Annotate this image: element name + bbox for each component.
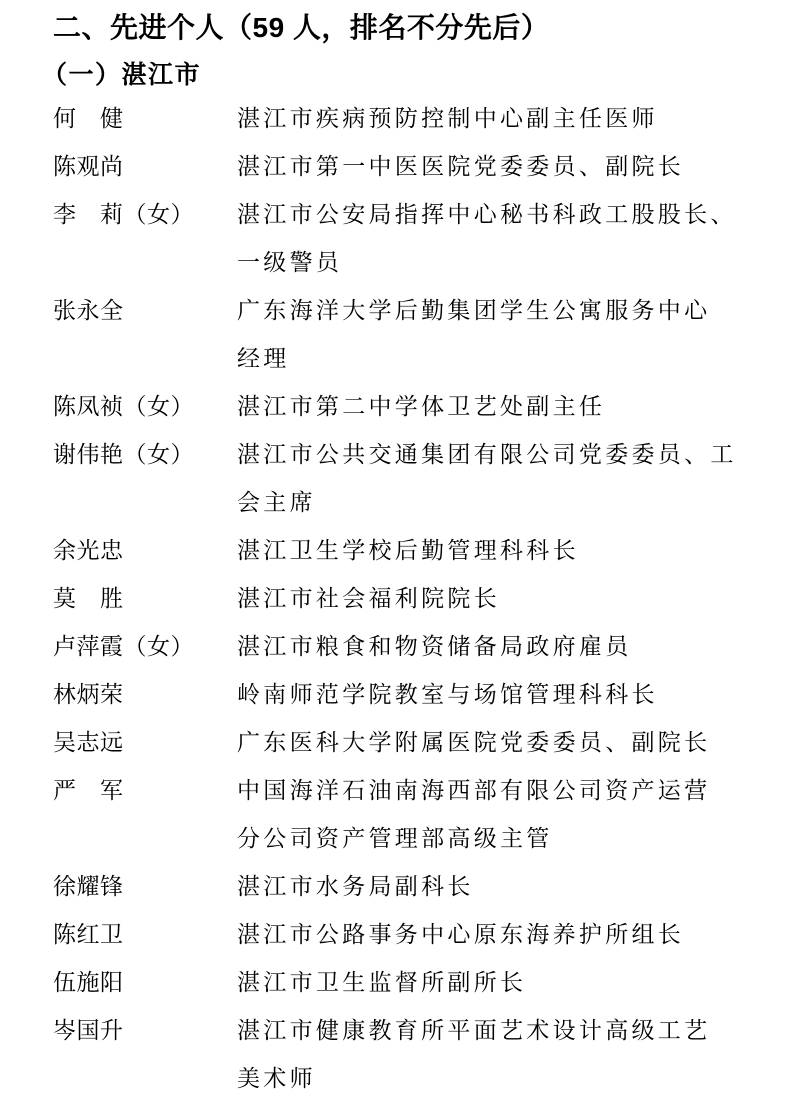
person-position: 湛江市第一中医医院党委委员、副院长 xyxy=(237,143,737,191)
list-item: 陈红卫 湛江市公路事务中心原东海养护所组长 xyxy=(53,911,737,959)
person-position: 湛江市公路事务中心原东海养护所组长 xyxy=(237,911,737,959)
person-name: 余光忠 xyxy=(53,527,237,575)
person-name: 伍施阳 xyxy=(53,959,237,1007)
personnel-list: 何 健 湛江市疾病预防控制中心副主任医师 陈观尚 湛江市第一中医医院党委委员、副… xyxy=(53,95,737,1103)
person-position: 湛江市卫生监督所副所长 xyxy=(237,959,737,1007)
person-name: 林炳荣 xyxy=(53,671,237,719)
list-item: 何 健 湛江市疾病预防控制中心副主任医师 xyxy=(53,95,737,143)
person-name: 吴志远 xyxy=(53,719,237,767)
list-item: 陈观尚 湛江市第一中医医院党委委员、副院长 xyxy=(53,143,737,191)
person-position: 湛江卫生学校后勤管理科科长 xyxy=(237,527,737,575)
list-item: 徐耀锋 湛江市水务局副科长 xyxy=(53,863,737,911)
document-page: 二、先进个人（59 人，排名不分先后） （一）湛江市 何 健 湛江市疾病预防控制… xyxy=(0,0,787,1103)
list-item: 吴志远 广东医科大学附属医院党委委员、副院长 xyxy=(53,719,737,767)
list-item: 林炳荣 岭南师范学院教室与场馆管理科科长 xyxy=(53,671,737,719)
person-name: 李 莉（女） xyxy=(53,191,237,239)
person-name: 陈凤祯（女） xyxy=(53,383,237,431)
section-title: 二、先进个人（59 人，排名不分先后） xyxy=(53,9,737,47)
list-item: 谢伟艳（女） 湛江市公共交通集团有限公司党委委员、工 会主席 xyxy=(53,431,737,527)
list-item: 莫 胜 湛江市社会福利院院长 xyxy=(53,575,737,623)
person-position: 广东海洋大学后勤集团学生公寓服务中心 经理 xyxy=(237,287,737,383)
person-position: 岭南师范学院教室与场馆管理科科长 xyxy=(237,671,737,719)
list-item: 陈凤祯（女） 湛江市第二中学体卫艺处副主任 xyxy=(53,383,737,431)
list-item: 余光忠 湛江卫生学校后勤管理科科长 xyxy=(53,527,737,575)
person-position: 广东医科大学附属医院党委委员、副院长 xyxy=(237,719,737,767)
person-name: 谢伟艳（女） xyxy=(53,431,237,479)
person-position: 湛江市粮食和物资储备局政府雇员 xyxy=(237,623,737,671)
person-name: 何 健 xyxy=(53,95,237,143)
person-position: 湛江市第二中学体卫艺处副主任 xyxy=(237,383,737,431)
person-position: 湛江市公安局指挥中心秘书科政工股股长、 一级警员 xyxy=(237,191,737,287)
person-name: 岑国升 xyxy=(53,1007,237,1055)
person-position: 湛江市社会福利院院长 xyxy=(237,575,737,623)
person-position: 中国海洋石油南海西部有限公司资产运营 分公司资产管理部高级主管 xyxy=(237,767,737,863)
list-item: 伍施阳 湛江市卫生监督所副所长 xyxy=(53,959,737,1007)
list-item: 岑国升 湛江市健康教育所平面艺术设计高级工艺 美术师 xyxy=(53,1007,737,1103)
person-position: 湛江市健康教育所平面艺术设计高级工艺 美术师 xyxy=(237,1007,737,1103)
person-name: 莫 胜 xyxy=(53,575,237,623)
person-name: 陈观尚 xyxy=(53,143,237,191)
list-item: 卢萍霞（女） 湛江市粮食和物资储备局政府雇员 xyxy=(53,623,737,671)
list-item: 李 莉（女） 湛江市公安局指挥中心秘书科政工股股长、 一级警员 xyxy=(53,191,737,287)
person-name: 张永全 xyxy=(53,287,237,335)
person-position: 湛江市疾病预防控制中心副主任医师 xyxy=(237,95,737,143)
person-name: 卢萍霞（女） xyxy=(53,623,237,671)
person-position: 湛江市水务局副科长 xyxy=(237,863,737,911)
person-name: 徐耀锋 xyxy=(53,863,237,911)
list-item: 严 军 中国海洋石油南海西部有限公司资产运营 分公司资产管理部高级主管 xyxy=(53,767,737,863)
person-name: 严 军 xyxy=(53,767,237,815)
subsection-title: （一）湛江市 xyxy=(42,47,737,95)
person-position: 湛江市公共交通集团有限公司党委委员、工 会主席 xyxy=(237,431,737,527)
list-item: 张永全 广东海洋大学后勤集团学生公寓服务中心 经理 xyxy=(53,287,737,383)
person-name: 陈红卫 xyxy=(53,911,237,959)
